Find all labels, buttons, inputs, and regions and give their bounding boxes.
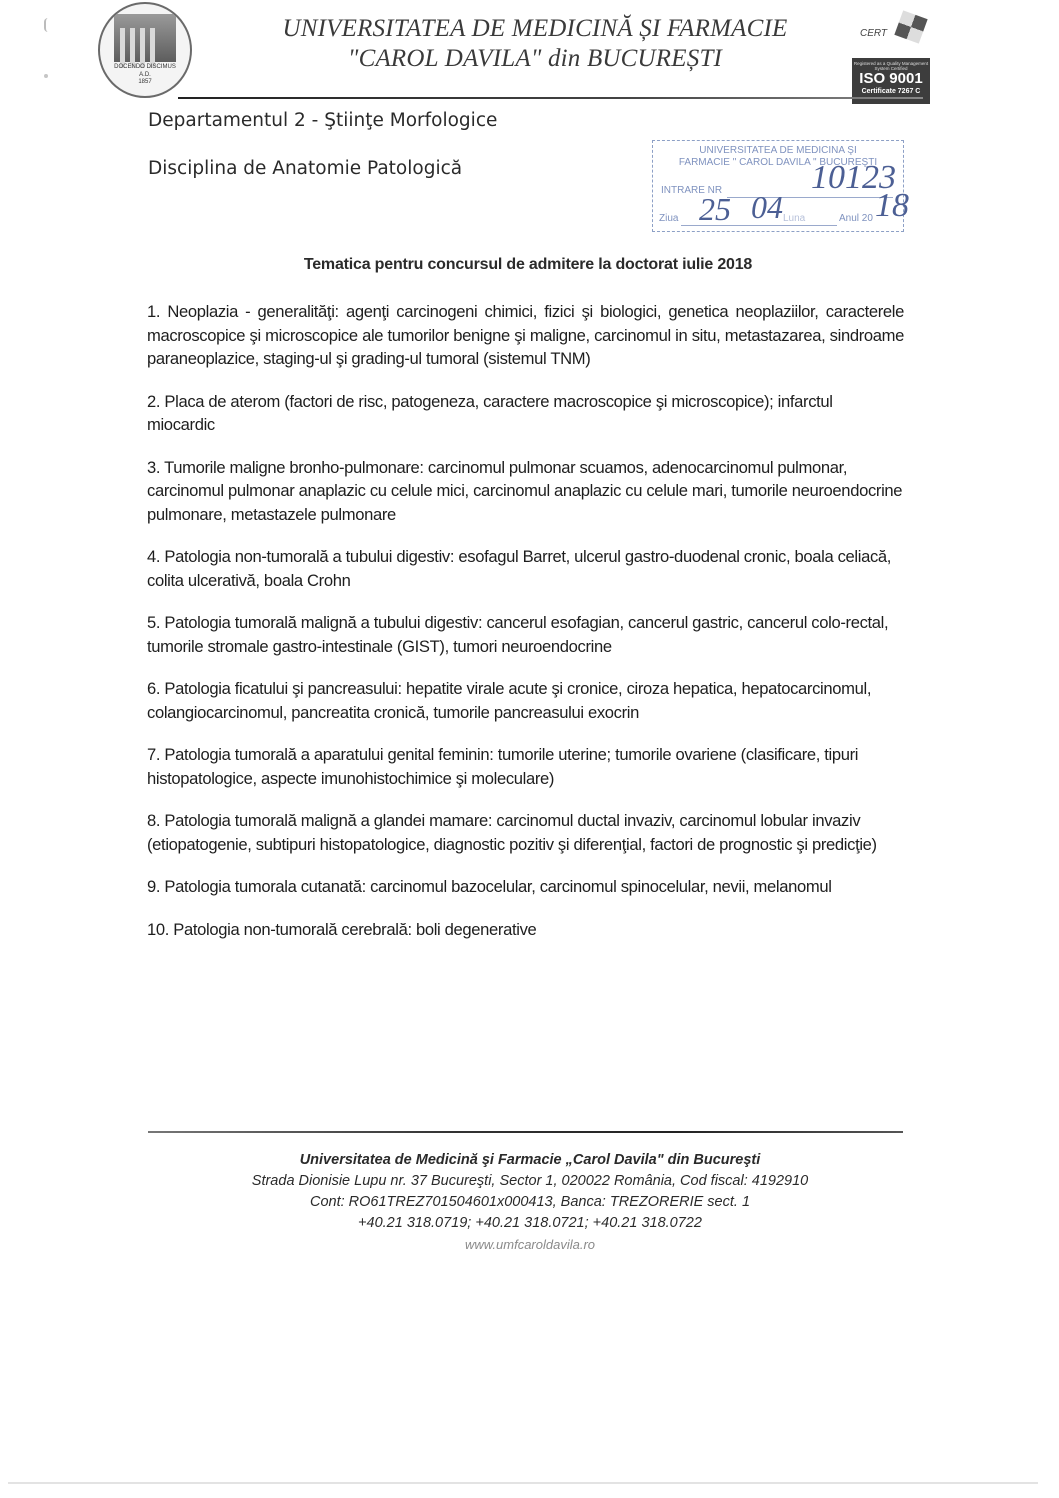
university-name: UNIVERSITATEA DE MEDICINĂ ȘI FARMACIE "C…: [240, 14, 830, 74]
handwritten-month: 04: [751, 189, 783, 226]
building-illustration: [114, 14, 176, 62]
topic-item: 3. Tumorile maligne bronho-pulmonare: ca…: [147, 456, 904, 527]
page-edge: [8, 1482, 1038, 1484]
handwritten-day: 25: [699, 191, 731, 228]
topic-item: 2. Placa de aterom (factori de risc, pat…: [147, 390, 904, 437]
topic-item: 8. Patologia tumorală malignă a glandei …: [147, 809, 904, 856]
document-title: Tematica pentru concursul de admitere la…: [258, 256, 798, 274]
stamp-line1: UNIVERSITATEA DE MEDICINA ŞI: [653, 145, 903, 156]
university-seal-logo: DOCENDO DISCIMUS A.D. 1857: [98, 2, 192, 98]
registration-stamp: UNIVERSITATEA DE MEDICINA ŞI FARMACIE " …: [652, 140, 904, 232]
footer-website-link[interactable]: www.umfcaroldavila.ro: [200, 1234, 860, 1255]
footer-address: Strada Dionisie Lupu nr. 37 Bucureşti, S…: [200, 1171, 860, 1192]
topic-item: 7. Patologia tumorală a aparatului genit…: [147, 743, 904, 790]
topic-item: 6. Patologia ficatului şi pancreasului: …: [147, 677, 904, 724]
footer-phones: +40.21 318.0719; +40.21 318.0721; +40.21…: [200, 1213, 860, 1234]
footer-institution: Universitatea de Medicină şi Farmacie „C…: [200, 1150, 860, 1171]
footer-divider: [148, 1131, 903, 1133]
iso-certificate-number: Certificate 7267 C: [852, 87, 930, 96]
stamp-day-label: Ziua: [659, 213, 678, 224]
topic-item: 4. Patologia non-tumorală a tubului dige…: [147, 545, 904, 592]
seal-motto-ad: A.D.: [100, 72, 190, 78]
university-name-line1: UNIVERSITATEA DE MEDICINĂ ȘI FARMACIE: [240, 14, 830, 44]
certind-star-icon: [894, 10, 927, 43]
university-name-line2: "CAROL DAVILA" din BUCUREȘTI: [240, 44, 830, 74]
footer: Universitatea de Medicină şi Farmacie „C…: [200, 1150, 860, 1255]
discipline-name: Disciplina de Anatomie Patologică: [148, 158, 462, 179]
topics-list: 1. Neoplazia - generalităţi: agenţi carc…: [147, 300, 904, 960]
topic-item: 5. Patologia tumorală malignă a tubului …: [147, 611, 904, 658]
iso-certification-badge: CERT Registered as a Quality Management …: [852, 6, 932, 106]
department-name: Departamentul 2 - Ştiinţe Morfologice: [148, 110, 497, 131]
topic-item: 9. Patologia tumorala cutanată: carcinom…: [147, 875, 904, 899]
header-divider: [178, 97, 923, 99]
iso-label: ISO 9001: [852, 71, 930, 87]
seal-year: 1857: [100, 79, 190, 85]
handwritten-year: 18: [875, 187, 909, 225]
scan-artifact: [44, 18, 52, 32]
stamp-month-label: Luna: [783, 213, 805, 224]
scan-artifact: [44, 74, 48, 78]
certind-logo: CERT: [858, 10, 926, 52]
topic-item: 10. Patologia non-tumorală cerebrală: bo…: [147, 918, 904, 942]
stamp-year-label: Anul 20: [839, 213, 873, 224]
footer-bank-account: Cont: RO61TREZ701504601x000413, Banca: T…: [200, 1192, 860, 1213]
seal-motto: DOCENDO DISCIMUS: [100, 64, 190, 70]
topic-item: 1. Neoplazia - generalităţi: agenţi carc…: [147, 300, 904, 371]
